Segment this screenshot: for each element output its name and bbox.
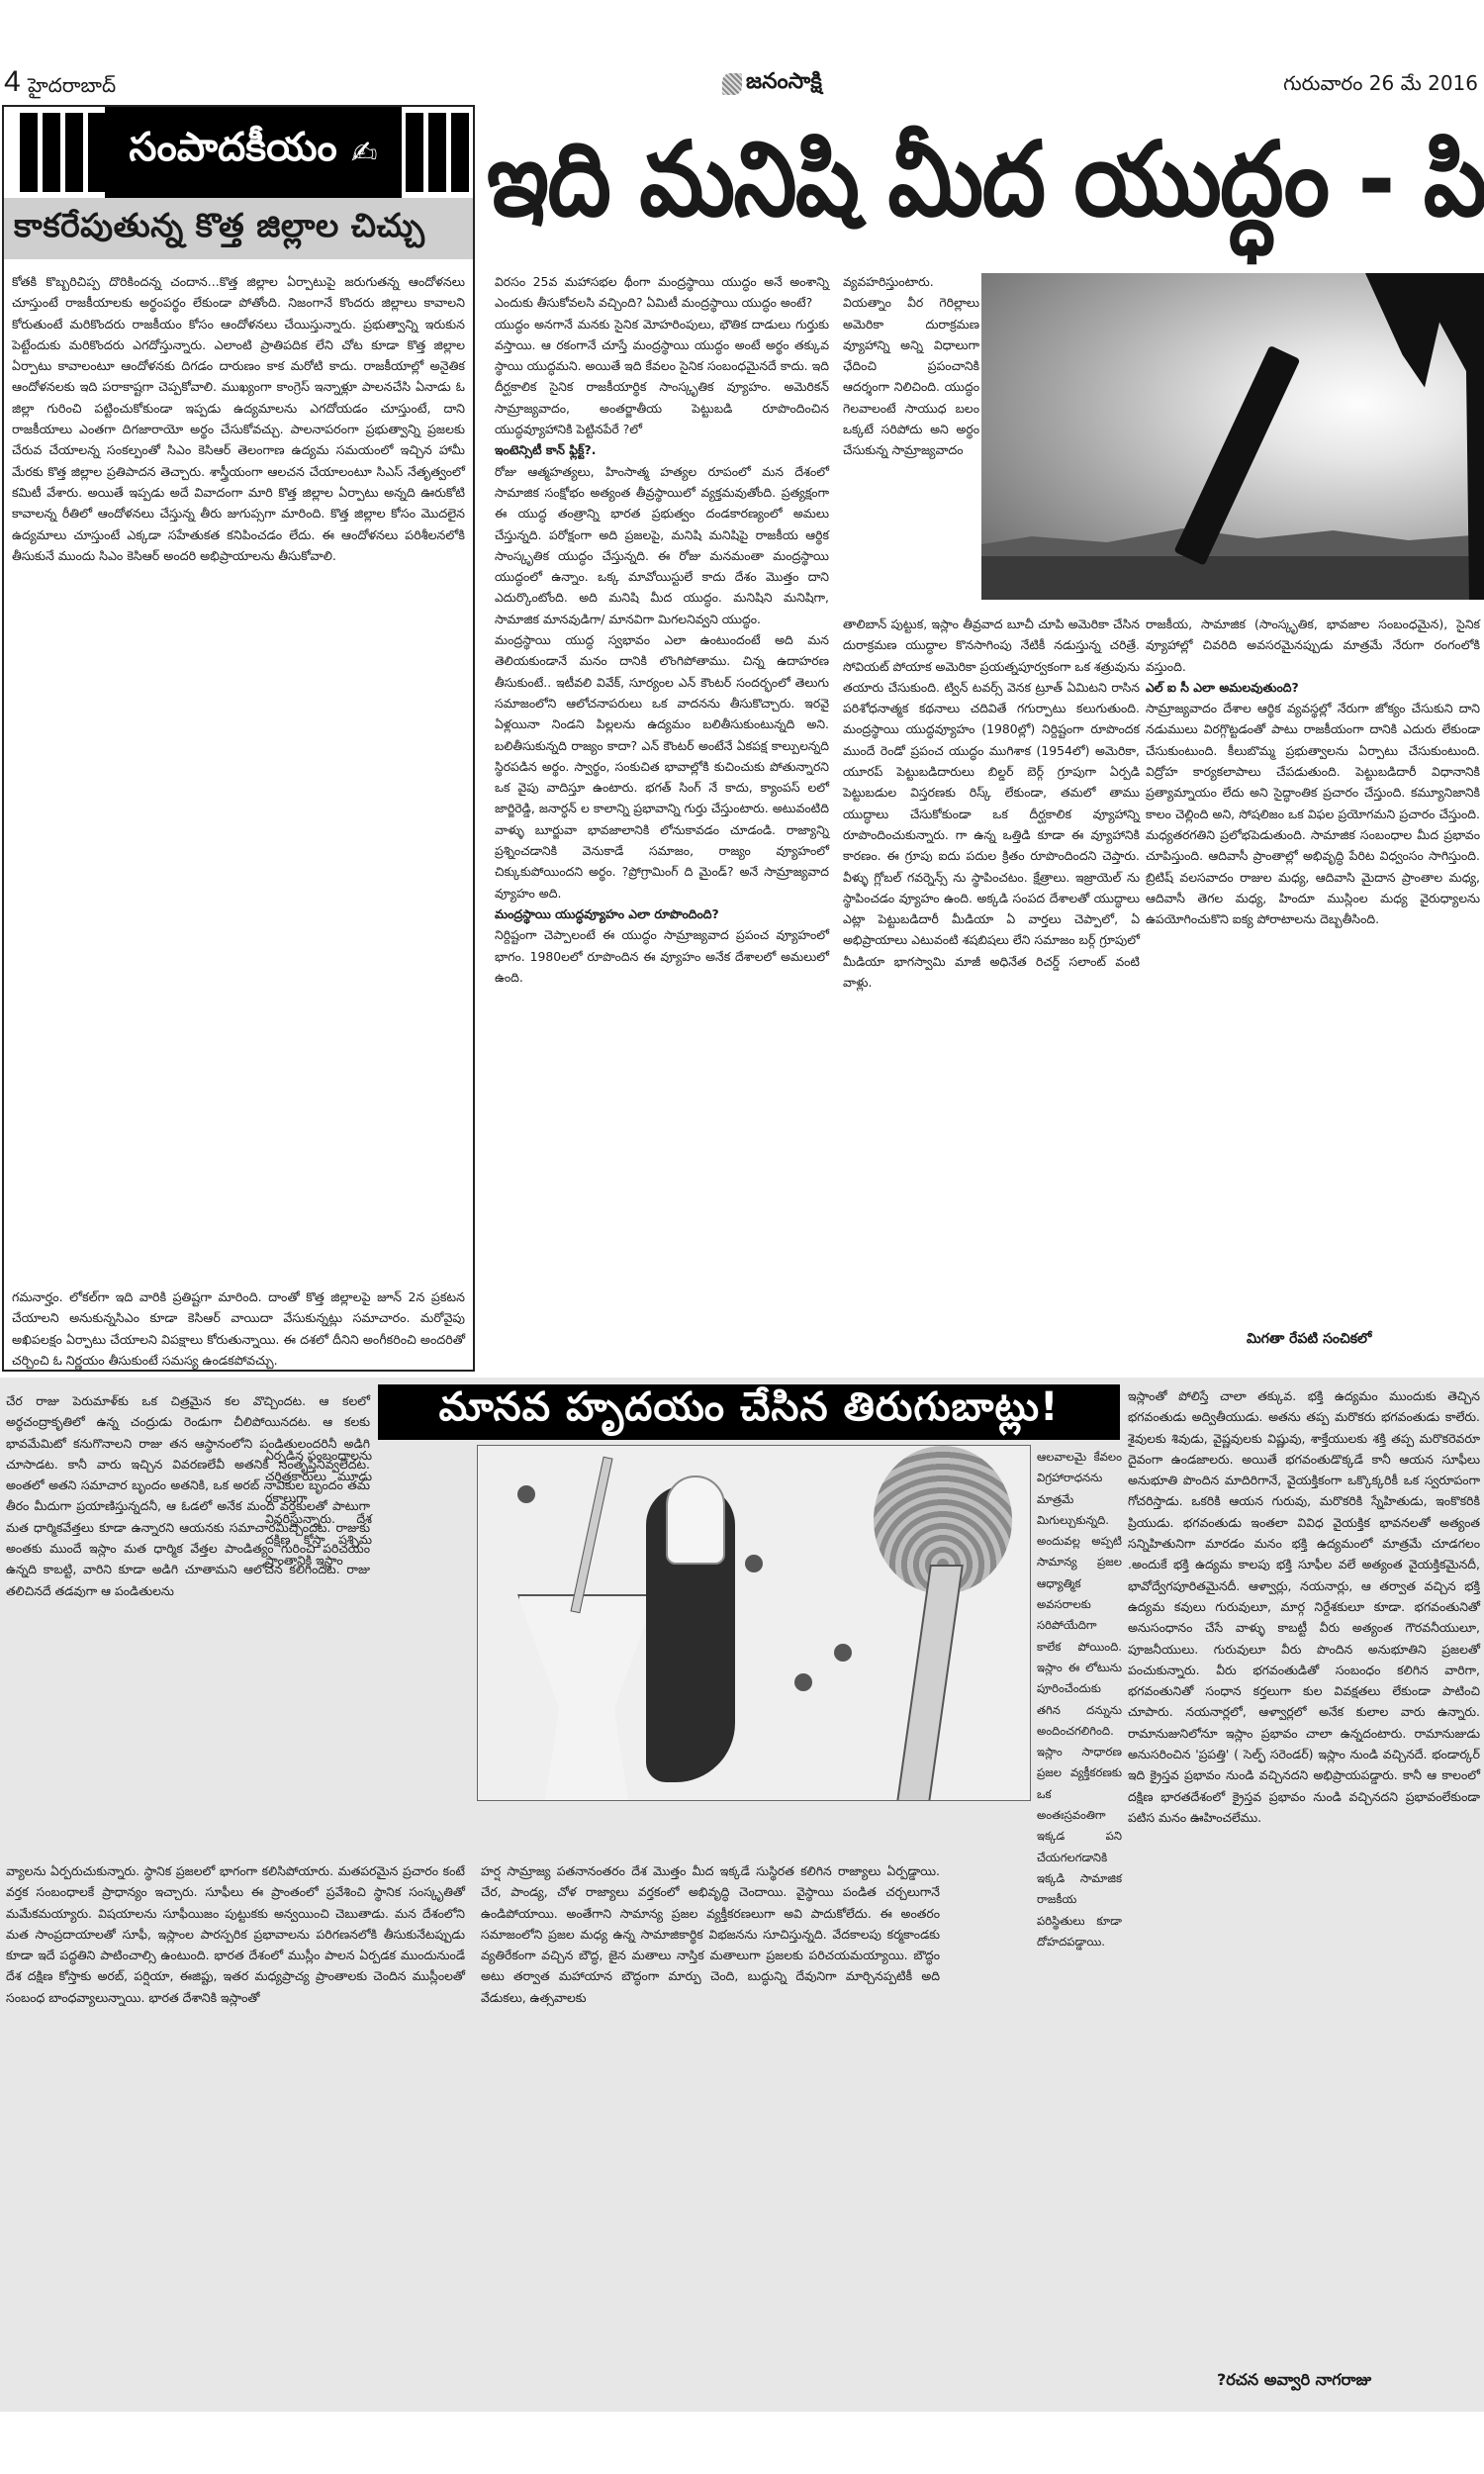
- second-article-side-column: ఏర్పడిన సంబంధాలను చరిత్రకారులు మూడు రకాల…: [265, 1445, 372, 1860]
- flower-icon: [834, 1644, 852, 1662]
- main-article-column-2: తాలిబాన్ పుట్టుక, ఇస్లాం తీవ్రవాద బూచీ చ…: [843, 614, 1140, 1370]
- article-paragraph: మంద్రస్థాయి యుద్ధ స్వభావం ఎలా ఉంటుందంటే …: [495, 629, 829, 904]
- rifle-silhouette-icon: [1173, 345, 1300, 566]
- second-article-right-column: ఇస్లాంతో పోలిస్తే చాలా తక్కువ. భక్తి ఉద్…: [1128, 1385, 1480, 2355]
- article-paragraph: ఆలవాలమై కేవలం విగ్రహారాధనను మాత్రమే మిగు…: [1037, 1447, 1122, 1952]
- editorial-label-block: సంపాదకీయం ✍: [105, 107, 402, 198]
- author-byline: ?రచన అవ్వారి నాగరాజు: [1217, 2370, 1371, 2393]
- article-paragraph: ఇస్లాంతో పోలిస్తే చాలా తక్కువ. భక్తి ఉద్…: [1128, 1385, 1480, 1828]
- churning-vessel: [517, 1594, 656, 1801]
- article-subheading: ఎల్ ఐ సీ ఎలా అమలవుతుంది?: [1146, 677, 1480, 698]
- article-paragraph: హర్ష సామ్రాజ్య పతనానంతరం దేశ మొత్తం మీద …: [481, 1860, 940, 2008]
- article-paragraph: వ్యాలను ఏర్పరుచుకున్నారు. స్థానిక ప్రజలల…: [6, 1860, 465, 2008]
- editorial-box: సంపాదకీయం ✍ కాకరేపుతున్న కొత్త జిల్లాల చ…: [2, 105, 475, 1372]
- editorial-headline: కాకరేపుతున్న కొత్త జిల్లాల చిచ్చు: [4, 198, 473, 259]
- article-paragraph: సామ్రాజ్యవాదం దేశాల ఆర్థిక వ్యవస్థల్లో న…: [1146, 698, 1480, 929]
- edition-city: హైదరాబాద్: [28, 73, 116, 102]
- article-paragraph: నిర్దిష్టంగా చెప్పాలంటే ఈ యుద్ధం సామ్రాజ…: [495, 924, 829, 988]
- second-article-mid-column: ఆలవాలమై కేవలం విగ్రహారాధనను మాత్రమే మిగు…: [1037, 1447, 1122, 1803]
- article-paragraph: రాజకీయ, సామాజిక (సాంస్కృతిక, భావజాల సంబం…: [1146, 614, 1480, 677]
- flower-icon: [745, 1555, 763, 1572]
- article-illustration-miniature-painting: [477, 1445, 1031, 1801]
- issue-date: గురువారం 26 మే 2016: [1283, 71, 1478, 100]
- writing-hand-icon: ✍: [351, 134, 378, 171]
- main-article-column-2-top: వ్యవహరిస్తుంటారు. వియత్నాం వీర గెరిల్లాల…: [843, 271, 979, 608]
- editorial-paragraph: కోతకి కొబ్బరిచిప్ప దొరికిందన్న చందాన...క…: [12, 271, 465, 566]
- main-article-column-3: రాజకీయ, సామాజిక (సాంస్కృతిక, భావజాల సంబం…: [1146, 614, 1480, 1306]
- editorial-masthead: సంపాదకీయం ✍: [4, 107, 473, 196]
- article-intro: విరసం 25వ మహాసభల థీంగా మంద్రస్థాయి యుద్ధ…: [495, 271, 829, 314]
- page-number: 4: [4, 65, 21, 99]
- tree-trunk: [896, 1565, 964, 1801]
- second-article-bottom-left: వ్యాలను ఏర్పరుచుకున్నారు. స్థానిక ప్రజలల…: [6, 1860, 465, 2405]
- editorial-label: సంపాదకీయం: [129, 125, 336, 180]
- newspaper-logo: జనంసాక్షి: [722, 69, 822, 99]
- second-article-bottom-middle: హర్ష సామ్రాజ్య పతనానంతరం దేశ మొత్తం మీద …: [481, 1860, 940, 2405]
- flower-icon: [794, 1673, 812, 1691]
- logo-map-icon: [722, 73, 742, 95]
- woman-veil: [666, 1475, 725, 1565]
- article-paragraph: ఏర్పడిన సంబంధాలను చరిత్రకారులు మూడు రకాల…: [265, 1445, 372, 1571]
- continued-notice: మిగతా రేపటి సంచికలో: [1247, 1331, 1371, 1350]
- main-article-column-1: విరసం 25వ మహాసభల థీంగా మంద్రస్థాయి యుద్ధ…: [495, 271, 829, 1370]
- editorial-body: కోతకి కొబ్బరిచిప్ప దొరికిందన్న చందాన...క…: [12, 271, 465, 566]
- article-paragraph: యుద్ధం అనగానే మనకు సైనిక మోహరింపులు, భౌత…: [495, 314, 829, 440]
- article-paragraph: తాలిబాన్ పుట్టుక, ఇస్లాం తీవ్రవాద బూచీ చ…: [843, 614, 1140, 993]
- flower-icon: [517, 1485, 535, 1503]
- article-paragraph: రోజు ఆత్మహత్యలు, హింసాత్మ హత్యల రూపంలో మ…: [495, 461, 829, 629]
- page-header: 4 హైదరాబాద్ జనంసాక్షి గురువారం 26 మే 201…: [0, 61, 1484, 101]
- article-photo-soldier-silhouette: [981, 273, 1484, 600]
- article-subheading: ఇంటెన్సిటీ కాన్ ఫ్లిక్ట్?.: [495, 439, 829, 460]
- churning-stick: [570, 1457, 612, 1614]
- newspaper-name: జనంసాక్షి: [746, 69, 822, 99]
- photo-hills: [981, 521, 1484, 560]
- editorial-paragraph: గమనార్హం. లోకల్‌గా ఇది వారికి ప్రతిష్టగా…: [12, 1286, 465, 1371]
- article-subheading: మంద్రస్థాయి యుద్ధవ్యూహం ఎలా రూపొందింది?: [495, 904, 829, 924]
- decorative-bars-left: [20, 113, 106, 192]
- article-paragraph: వ్యవహరిస్తుంటారు. వియత్నాం వీర గెరిల్లాల…: [843, 271, 979, 461]
- photo-ground: [981, 556, 1484, 600]
- second-article-headline: మానవ హృదయం చేసిన తిరుగుబాట్లు!: [378, 1384, 1120, 1440]
- main-headline: ఇది మనిషి మీద యుద్ధం - పి. వరలక్ష్మి: [487, 105, 1361, 253]
